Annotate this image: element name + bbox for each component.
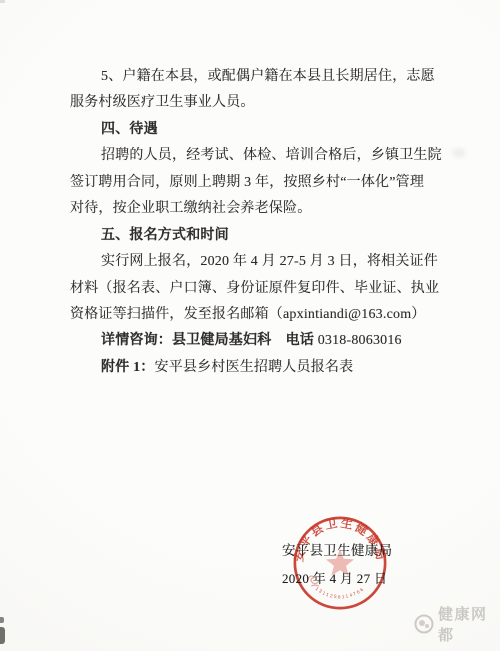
contact-label: 详情咨询：县卫健局基妇科 电话 [101, 333, 314, 348]
issue-date: 2020 年 4 月 27 日 [282, 568, 387, 587]
official-seal: 安平县卫生健康局 1311258114766 [292, 515, 388, 611]
watermark: 健康网都 [414, 611, 500, 637]
scan-artifact [452, 148, 466, 158]
document-body: 5、户籍在本县，或配偶户籍在本县且长期居住，志愿 服务村级医疗卫生事业人员。 四… [70, 64, 450, 381]
scan-artifact [0, 0, 5, 3]
svg-text:1311258114766: 1311258114766 [314, 586, 366, 600]
contact-phone: 0318-8063016 [314, 333, 402, 348]
paragraph-line: 对待，按企业职工缴纳社会养老保险。 [70, 196, 450, 222]
paragraph-line: 签订聘用合同，原则上聘期 3 年，按照乡村“一体化”管理 [70, 170, 450, 196]
issuer-name: 安平县卫生健康局 [282, 539, 392, 559]
paragraph-line: 服务村级医疗卫生事业人员。 [70, 90, 450, 116]
seal-graphic: 安平县卫生健康局 1311258114766 [292, 515, 388, 611]
watermark-logo-icon [414, 614, 434, 634]
attachment-line: 附件 1：安平县乡村医生招聘人员报名表 [70, 355, 450, 381]
scan-artifact [0, 617, 4, 623]
attachment-title: 安平县乡村医生招聘人员报名表 [155, 360, 354, 375]
paragraph-line: 材料（报名表、户口簿、身份证原件复印件、毕业证、执业 [70, 276, 450, 302]
paragraph-line: 招聘的人员，经考试、体检、培训合格后，乡镇卫生院 [70, 143, 450, 169]
seal-registration-code: 1311258114766 [314, 586, 366, 600]
paragraph-line: 5、户籍在本县，或配偶户籍在本县且长期居住，志愿 [70, 64, 450, 90]
section-heading-treatment: 四、待遇 [70, 117, 450, 143]
contact-line: 详情咨询：县卫健局基妇科 电话 0318-8063016 [70, 328, 450, 354]
paragraph-line: 资格证等扫描件，发至报名邮箱（apxintiandi@163.com） [70, 302, 450, 328]
scan-artifact [0, 627, 5, 644]
attachment-label: 附件 1： [101, 360, 155, 375]
paragraph-line: 实行网上报名，2020 年 4 月 27-5 月 3 日，将相关证件 [70, 249, 450, 275]
section-heading-registration: 五、报名方式和时间 [70, 223, 450, 249]
watermark-text: 健康网都 [438, 603, 500, 645]
